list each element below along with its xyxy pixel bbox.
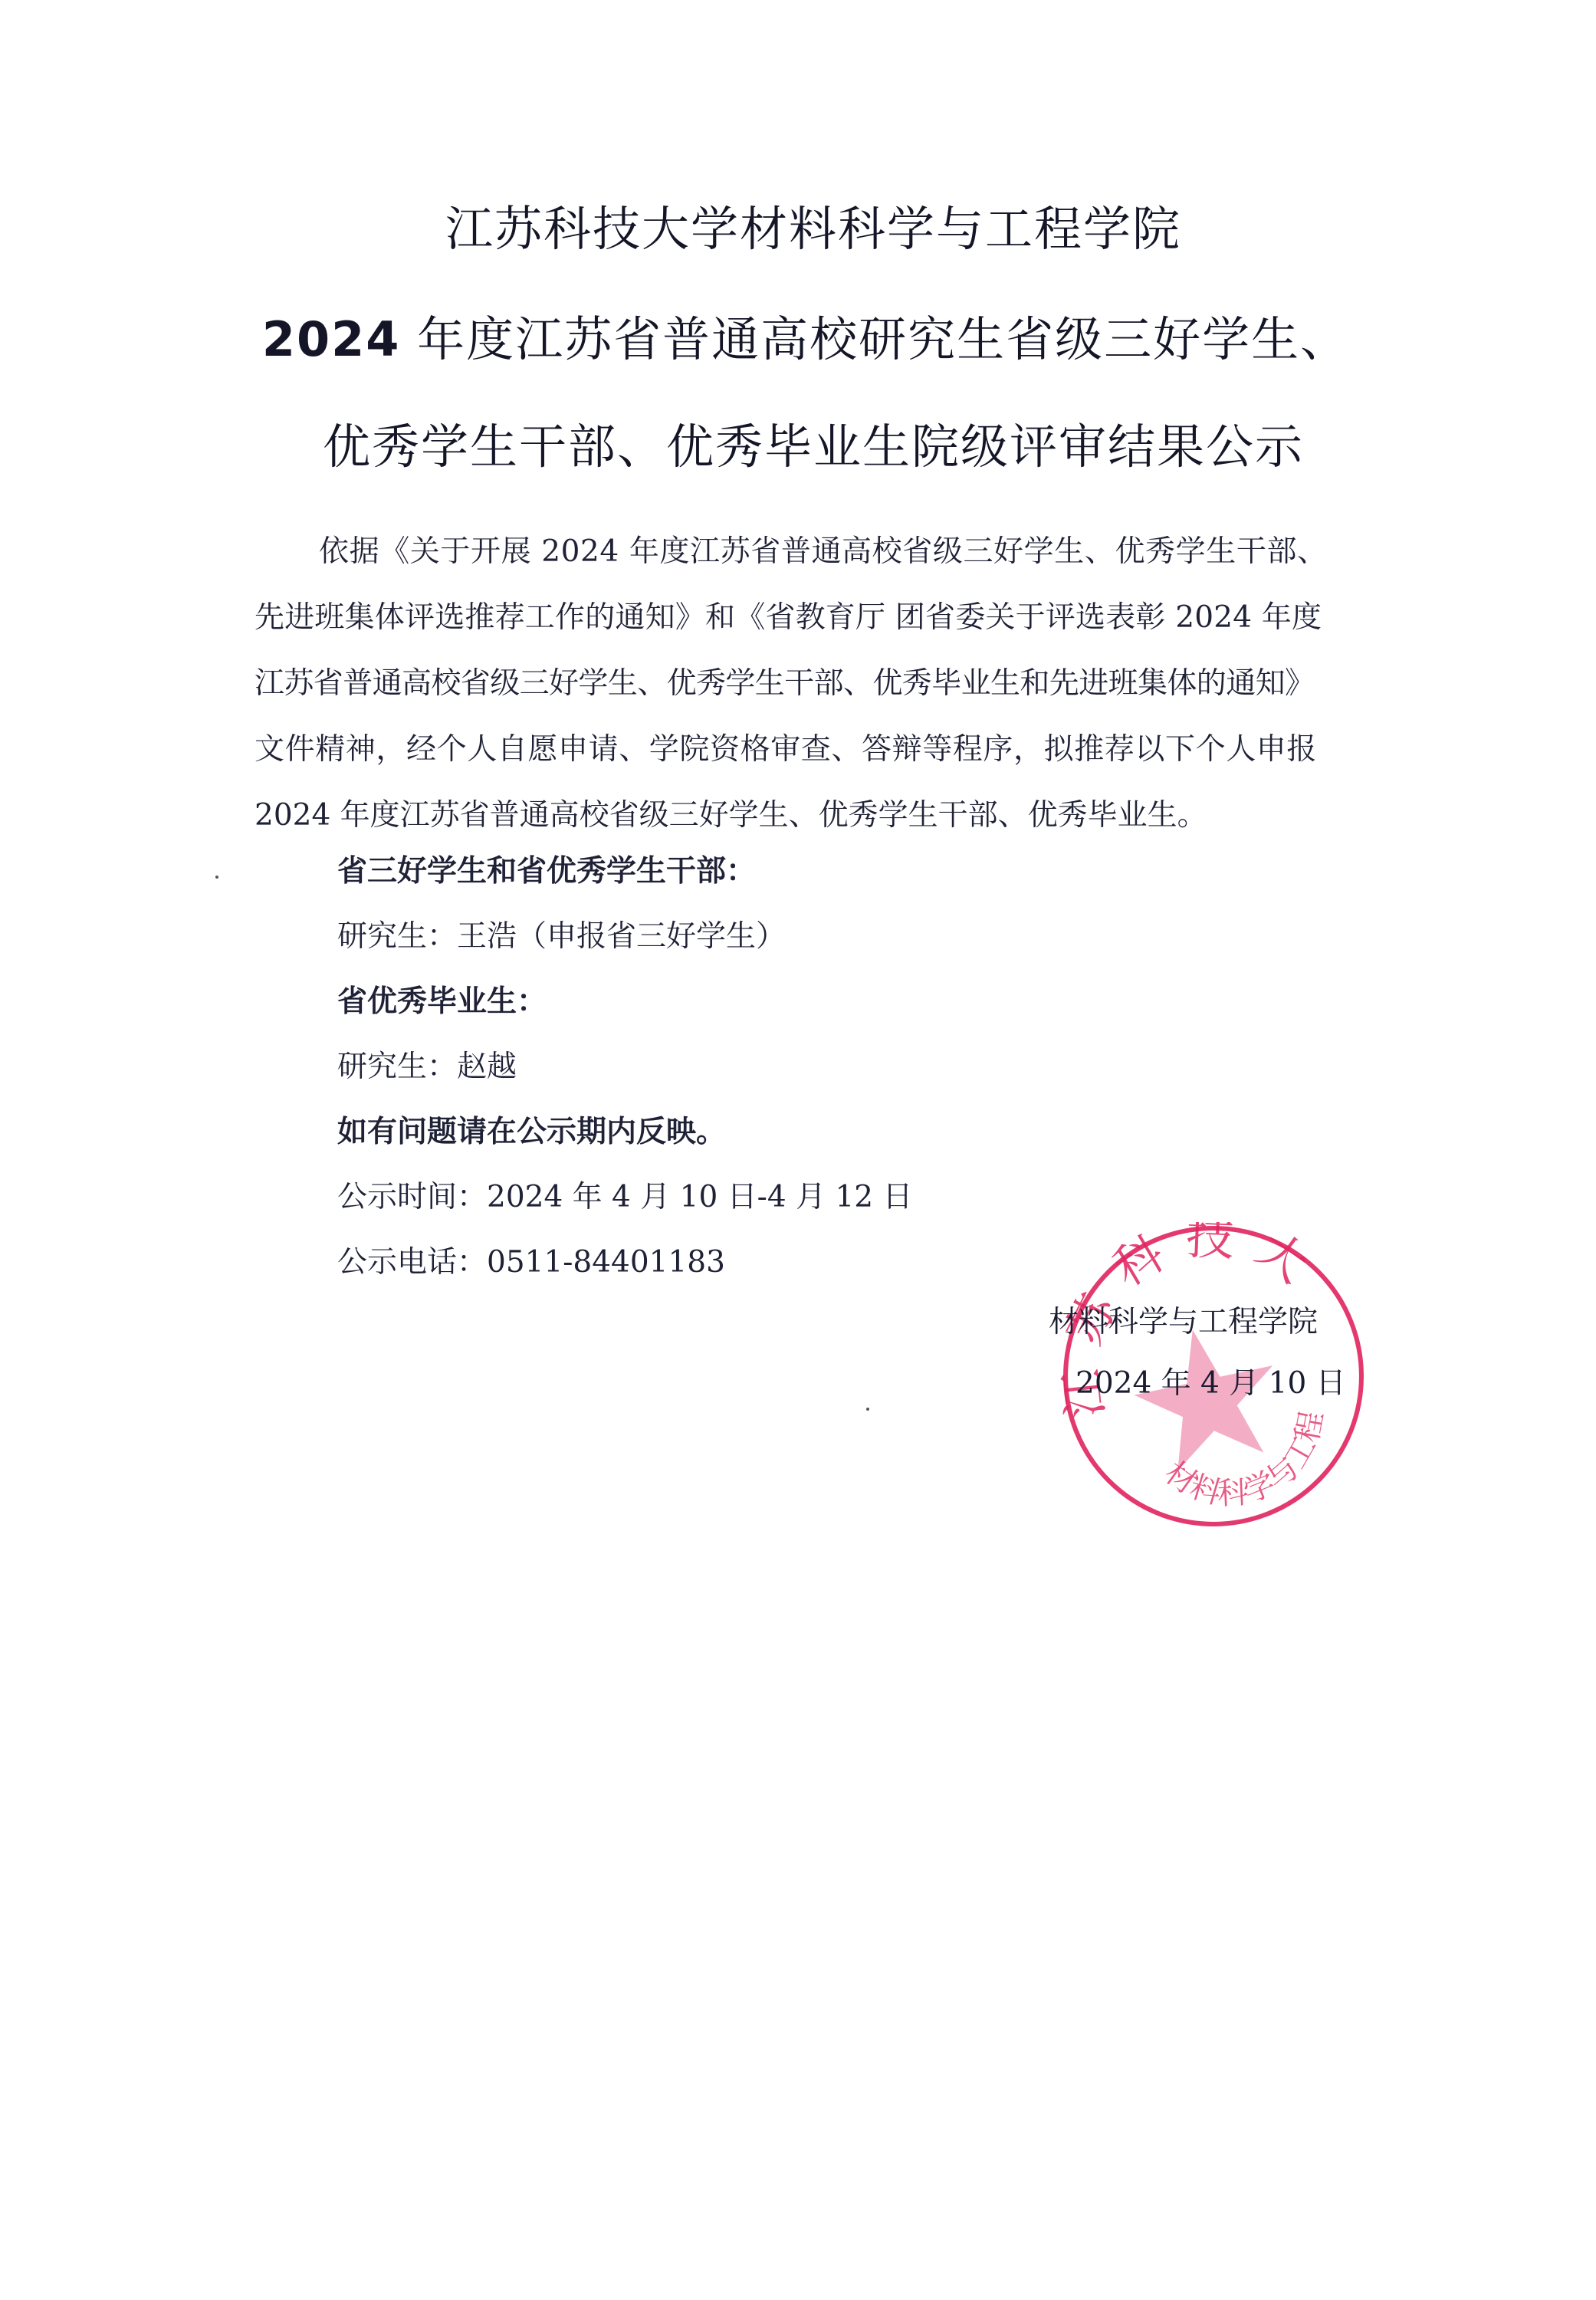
- section-heading-three-good-and-cadre: 省三好学生和省优秀学生干部：: [337, 856, 756, 886]
- title-line-2: 2024 年度江苏省普通高校研究生省级三好学生、: [8, 316, 1596, 363]
- document-page: 江苏科技大学材料科学与工程学院 2024 年度江苏省普通高校研究生省级三好学生、…: [0, 0, 1596, 2300]
- section-heading-outstanding-graduate: 省优秀毕业生：: [337, 987, 547, 1017]
- scan-speck: [215, 876, 218, 879]
- section-entry-graduate: 研究生：王浩（申报省三好学生）: [337, 922, 786, 951]
- notice-period: 公示时间：2024 年 4 月 10 日-4 月 12 日: [337, 1182, 912, 1212]
- signature-date: 2024 年 4 月 10 日: [1075, 1368, 1346, 1398]
- notice-phone: 公示电话：0511-84401183: [337, 1247, 725, 1277]
- paragraph-line: 依据《关于开展 2024 年度江苏省普通高校省级三好学生、优秀学生干部、: [319, 537, 1328, 567]
- paragraph-line: 先进班集体评选推荐工作的通知》和《省教育厅 团省委关于评选表彰 2024 年度: [255, 603, 1322, 632]
- title-line-3: 优秀学生干部、优秀毕业生院级评审结果公示: [15, 423, 1596, 471]
- title-year: 2024: [262, 311, 401, 367]
- title-line-1: 江苏科技大学材料科学与工程学院: [15, 205, 1596, 253]
- signature-org: 材料科学与工程学院: [1049, 1307, 1318, 1337]
- title-line-2-text: 年度江苏省普通高校研究生省级三好学生、: [400, 311, 1349, 367]
- scan-speck: [866, 1408, 869, 1411]
- feedback-note: 如有问题请在公示期内反映。: [337, 1117, 726, 1147]
- paragraph-line: 江苏省普通高校省级三好学生、优秀学生干部、优秀毕业生和先进班集体的通知》: [255, 669, 1314, 698]
- paragraph-line: 2024 年度江苏省普通高校省级三好学生、优秀学生干部、优秀毕业生。: [255, 800, 1207, 830]
- paragraph-line: 文件精神，经个人自愿申请、学院资格审查、答辩等程序，拟推荐以下个人申报: [255, 734, 1317, 764]
- section-entry-graduate: 研究生：赵越: [337, 1052, 517, 1082]
